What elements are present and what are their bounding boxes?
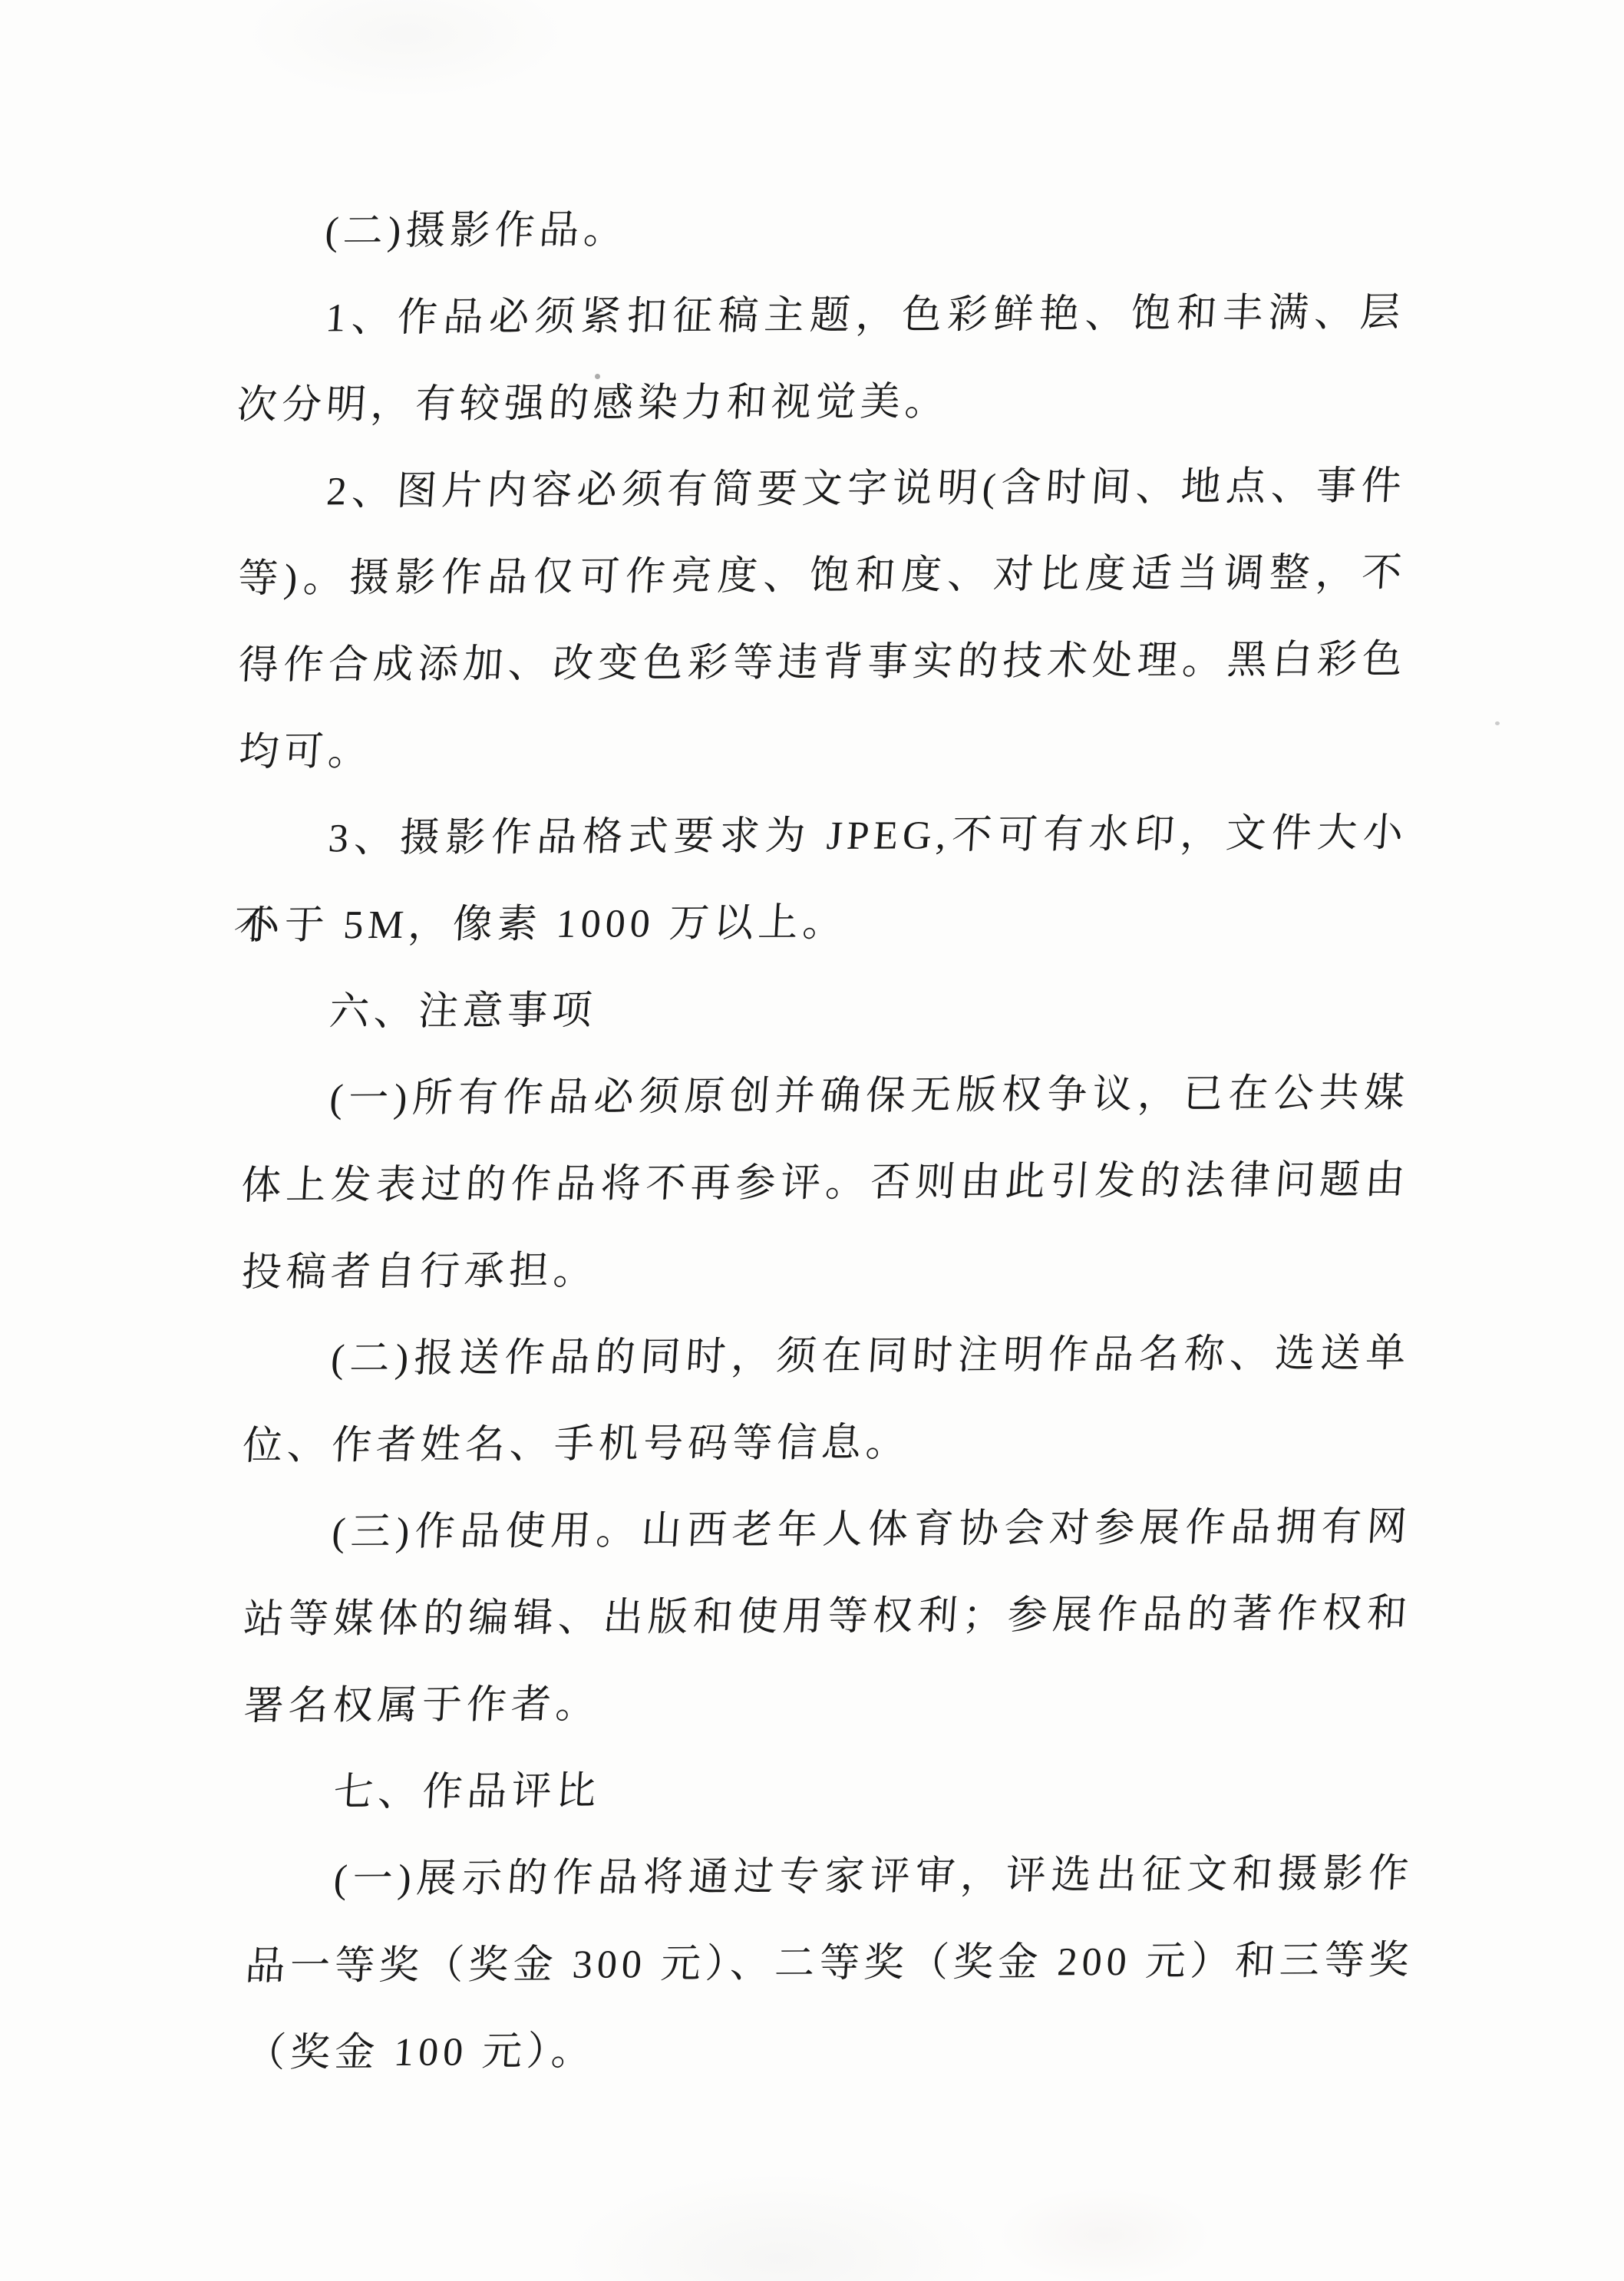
document-line: (二)报送作品的同时，须在同时注明作品名称、选送单 [239, 1310, 1413, 1403]
document-line: 位、作者姓名、手机号码等信息。 [239, 1397, 1413, 1490]
document-line: 投稿者自行承担。 [239, 1223, 1412, 1316]
document-line: 1、作品必须紧扣征稿主题，色彩鲜艳、饱和丰满、层 [234, 269, 1408, 362]
scan-speck [1495, 721, 1500, 725]
document-line: 署名权属于作者。 [241, 1657, 1414, 1750]
document-line: 次分明，有较强的感染力和视觉美。 [234, 356, 1408, 449]
document-line: (三)作品使用。山西老年人体育协会对参展作品拥有网 [240, 1484, 1414, 1576]
document-line: (一)所有作品必须原创并确保无版权争议，已在公共媒 [238, 1050, 1411, 1143]
document-text: (二)摄影作品。1、作品必须紧扣征稿主题，色彩鲜艳、饱和丰满、层次分明，有较强的… [236, 183, 1414, 2097]
document-line: 均可。 [236, 703, 1410, 796]
document-line: 体上发表过的作品将不再参评。否则由此引发的法律问题由 [239, 1137, 1412, 1230]
document-line: （奖金 100 元）。 [243, 2004, 1417, 2097]
document-line: (一)展示的作品将通过专家评审，评选出征文和摄影作 [242, 1830, 1415, 1923]
document-line: 3、摄影作品格式要求为 JPEG,不可有水印，文件大小不 [236, 790, 1410, 883]
document-page: (二)摄影作品。1、作品必须紧扣征稿主题，色彩鲜艳、饱和丰满、层次分明，有较强的… [0, 0, 1624, 2281]
document-line: 小于 5M，像素 1000 万以上。 [237, 876, 1411, 969]
document-line: 2、图片内容必须有简要文字说明(含时间、地点、事件 [235, 443, 1408, 536]
document-line: 七、作品评比 [242, 1744, 1415, 1837]
document-line: 等)。摄影作品仅可作亮度、饱和度、对比度适当调整，不 [236, 530, 1409, 622]
document-line: 得作合成添加、改变色彩等违背事实的技术处理。黑白彩色 [236, 616, 1409, 709]
document-line: (二)摄影作品。 [233, 183, 1407, 276]
document-line: 六、注意事项 [237, 963, 1411, 1056]
document-line: 站等媒体的编辑、出版和使用等权利；参展作品的著作权和 [241, 1570, 1414, 1663]
scan-speck [595, 374, 600, 379]
document-line: 品一等奖（奖金 300 元）、二等奖（奖金 200 元）和三等奖 [243, 1917, 1416, 2010]
